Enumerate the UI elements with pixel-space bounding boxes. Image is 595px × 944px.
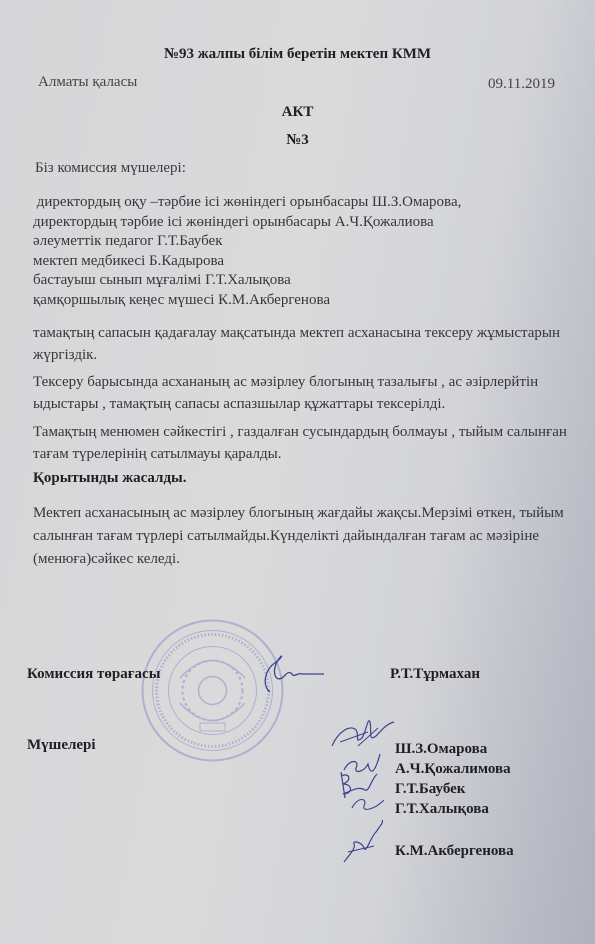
organization-title: №93 жалпы білім беретін мектеп КММ — [0, 46, 595, 63]
document-date: 09.11.2019 — [488, 76, 555, 93]
chair-name: Р.Т.Тұрмахан — [390, 666, 480, 683]
paragraph-purpose: тамақтың сапасын қадағалау мақсатында ме… — [33, 322, 578, 366]
member-name: А.Ч.Қожалимова — [395, 759, 514, 779]
commission-member: қамқоршылық кеңес мүшесі К.М.Акбергенова — [33, 291, 461, 311]
paragraph-menu-check: Тамақтың менюмен сәйкестігі , газдалған … — [33, 421, 578, 465]
chair-signature-icon — [248, 648, 328, 696]
member-name: Г.Т.Халықова — [395, 799, 514, 819]
commission-member: директордың тәрбие ісі жөніндегі орынбас… — [33, 213, 461, 233]
commission-members-list: директордың оқу –тәрбие ісі жөніндегі ор… — [33, 193, 461, 310]
member-signature-icon — [340, 818, 390, 866]
commission-member: мектеп медбикесі Б.Кадырова — [33, 252, 461, 272]
document-page: №93 жалпы білім беретін мектеп КММ Алмат… — [0, 0, 595, 944]
commission-member: директордың оқу –тәрбие ісі жөніндегі ор… — [33, 193, 461, 213]
act-title: АКТ — [0, 104, 595, 121]
commission-member: бастауыш сынып мұғалімі Г.Т.Халықова — [33, 271, 461, 291]
member-name: К.М.Акбергенова — [395, 841, 514, 861]
conclusion-heading: Қорытынды жасалды. — [33, 470, 187, 487]
member-name: Г.Т.Баубек — [395, 779, 514, 799]
intro-text: Біз комиссия мүшелері: — [35, 160, 186, 177]
member-names-list: Ш.З.Омарова А.Ч.Қожалимова Г.Т.Баубек Г.… — [395, 739, 514, 861]
conclusion-text: Мектеп асханасының ас мәзірлеу блогының … — [33, 502, 578, 571]
member-signature-icon — [348, 790, 388, 818]
paragraph-inspection: Тексеру барысында асхананың ас мәзірлеу … — [33, 371, 578, 415]
commission-member: әлеуметтік педагог Г.Т.Баубек — [33, 232, 461, 252]
member-signature-icon — [328, 712, 398, 752]
members-label: Мүшелері — [27, 737, 96, 754]
act-number: №3 — [0, 132, 595, 149]
city-label: Алматы қаласы — [38, 74, 137, 91]
chair-label: Комиссия төрағасы — [27, 666, 160, 683]
member-name: Ш.З.Омарова — [395, 739, 514, 759]
